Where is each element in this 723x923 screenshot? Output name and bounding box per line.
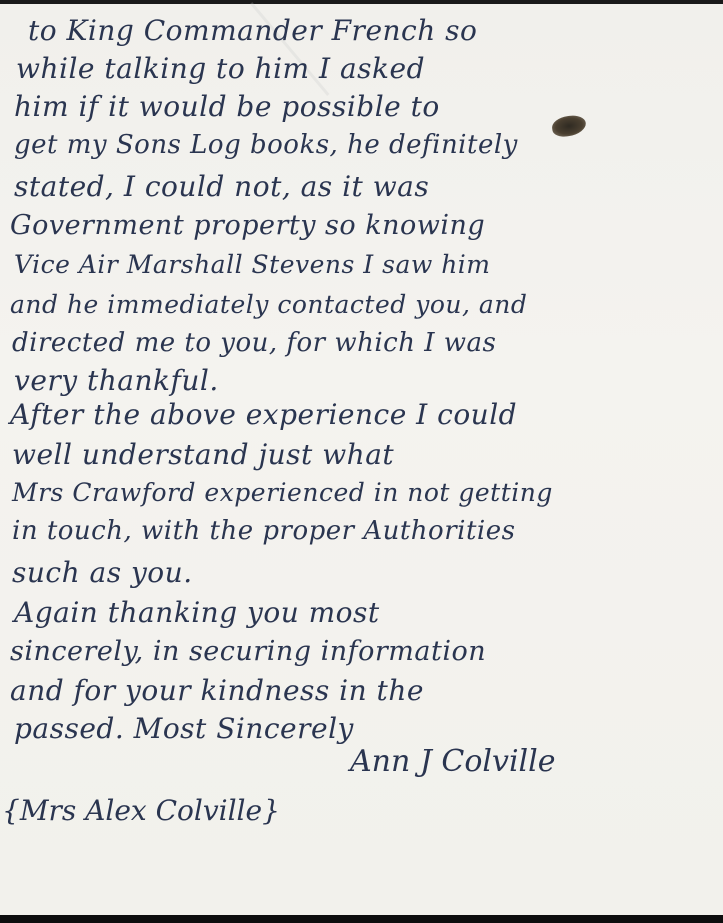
letter-line: well understand just what	[12, 438, 394, 471]
letter-line: stated, I could not, as it was	[14, 170, 429, 203]
letter-line: get my Sons Log books, he definitely	[14, 130, 518, 160]
letter-line: Government property so knowing	[10, 210, 485, 241]
letter-line: very thankful.	[14, 364, 219, 397]
letter-line: such as you.	[12, 556, 193, 589]
letter-line: to King Commander French so	[28, 14, 477, 47]
letter-line: Vice Air Marshall Stevens I saw him	[14, 250, 491, 279]
letter-line: sincerely, in securing information	[10, 636, 486, 667]
letter-line: and he immediately contacted you, and	[10, 290, 527, 319]
letter-line: and for your kindness in the	[10, 674, 424, 707]
scan-border-bottom	[0, 915, 723, 923]
letter-line: Again thanking you most	[14, 596, 380, 629]
letter-line: while talking to him I asked	[16, 52, 425, 85]
letter-line: After the above experience I could	[10, 398, 517, 431]
letter-line: passed. Most Sincerely	[14, 712, 354, 745]
letter-line: him if it would be possible to	[14, 90, 440, 123]
letter-page: to King Commander French so while talkin…	[0, 4, 723, 915]
letter-line: directed me to you, for which I was	[12, 328, 496, 358]
letter-line: Mrs Crawford experienced in not getting	[12, 478, 553, 507]
paper-hole	[551, 114, 587, 139]
bracketed-name: {Mrs Alex Colville}	[2, 794, 280, 827]
letter-line: in touch, with the proper Authorities	[12, 516, 515, 546]
signature: Ann J Colville	[350, 744, 556, 779]
